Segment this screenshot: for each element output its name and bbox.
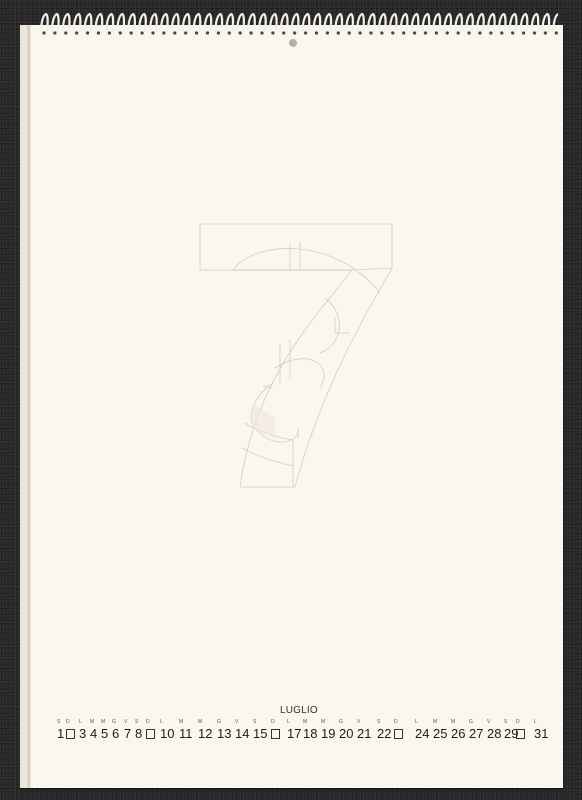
spiral-binding xyxy=(38,11,558,37)
weekday-initial: S xyxy=(57,719,60,725)
weekday-initial: D xyxy=(146,719,150,725)
numeral-seven-artwork xyxy=(195,218,400,493)
day-number: 31 xyxy=(534,726,548,741)
weekday-initial: L xyxy=(79,719,82,725)
binding-edge xyxy=(20,25,31,788)
weekday-initial: S xyxy=(504,719,507,725)
weekday-initial: L xyxy=(534,719,537,725)
weekday-initial: G xyxy=(339,719,343,725)
day-number: 7 xyxy=(124,726,131,741)
empty-square-icon xyxy=(516,729,525,739)
day-number: 18 xyxy=(303,726,317,741)
sunday-box xyxy=(271,726,280,741)
hanging-hole xyxy=(289,39,297,47)
weekday-initial: D xyxy=(66,719,70,725)
weekday-initial: G xyxy=(217,719,221,725)
weekday-initial: M xyxy=(433,719,437,725)
day-number: 10 xyxy=(160,726,174,741)
weekday-initial: D xyxy=(394,719,398,725)
day-number: 25 xyxy=(433,726,447,741)
weekday-initial: M xyxy=(451,719,455,725)
day-number: 26 xyxy=(451,726,465,741)
weekday-initial: V xyxy=(487,719,490,725)
day-number: 28 xyxy=(487,726,501,741)
weekday-initial: V xyxy=(235,719,238,725)
day-number: 19 xyxy=(321,726,335,741)
day-number: 17 xyxy=(287,726,301,741)
weekday-initial: V xyxy=(357,719,360,725)
day-number: 5 xyxy=(101,726,108,741)
day-number: 20 xyxy=(339,726,353,741)
weekday-initial: S xyxy=(253,719,256,725)
day-number: 22 xyxy=(377,726,391,741)
weekday-initial: S xyxy=(377,719,380,725)
empty-square-icon xyxy=(146,729,155,739)
day-number: 4 xyxy=(90,726,97,741)
weekday-initial: M xyxy=(90,719,94,725)
weekday-initial: M xyxy=(198,719,202,725)
weekday-initial: G xyxy=(469,719,473,725)
day-number: 8 xyxy=(135,726,142,741)
weekday-initial: D xyxy=(516,719,520,725)
weekday-initial: S xyxy=(135,719,138,725)
weekday-initial: M xyxy=(321,719,325,725)
day-number: 15 xyxy=(253,726,267,741)
day-number: 13 xyxy=(217,726,231,741)
weekday-initial: L xyxy=(415,719,418,725)
weekday-initial: M xyxy=(101,719,105,725)
day-number: 21 xyxy=(357,726,371,741)
sunday-box xyxy=(146,726,155,741)
weekday-initial: V xyxy=(124,719,127,725)
weekday-initial: M xyxy=(179,719,183,725)
empty-square-icon xyxy=(66,729,75,739)
sunday-box xyxy=(394,726,403,741)
sunday-box xyxy=(516,726,525,741)
weekday-initial: D xyxy=(271,719,275,725)
sunday-box xyxy=(66,726,75,741)
empty-square-icon xyxy=(394,729,403,739)
day-number: 12 xyxy=(198,726,212,741)
day-number: 14 xyxy=(235,726,249,741)
day-number: 27 xyxy=(469,726,483,741)
day-number: 1 xyxy=(57,726,64,741)
day-number: 24 xyxy=(415,726,429,741)
day-number: 11 xyxy=(179,726,193,741)
weekday-initial: L xyxy=(160,719,163,725)
weekday-initial: L xyxy=(287,719,290,725)
day-number: 3 xyxy=(79,726,86,741)
weekday-initial: M xyxy=(303,719,307,725)
weekday-initial: G xyxy=(112,719,116,725)
day-number: 6 xyxy=(112,726,119,741)
empty-square-icon xyxy=(271,729,280,739)
